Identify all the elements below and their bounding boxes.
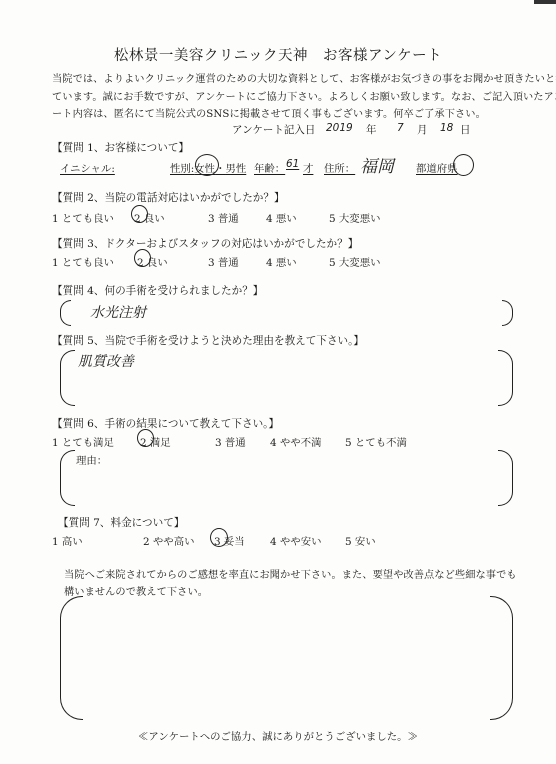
- date-label: アンケート記入日: [232, 122, 315, 137]
- prefecture-suffix: 都道府県: [416, 160, 458, 175]
- q7-heading: 【質問 7、料金について】: [58, 515, 184, 530]
- comments-prompt-line-1: 当院へご来院されてからのご感想を率直にお聞かせ下さい。また、要望や改善点など些細…: [64, 566, 517, 581]
- date-day-field[interactable]: 18: [440, 122, 453, 134]
- q7-option-2[interactable]: 2 やや高い: [143, 533, 194, 548]
- q6-reason-field[interactable]: [110, 452, 490, 498]
- q7-option-5[interactable]: 5 安い: [345, 533, 376, 548]
- q6-selected-circle: [137, 429, 154, 447]
- q2-option-3[interactable]: 3 普通: [208, 210, 239, 225]
- q4-bracket-right: [502, 300, 513, 326]
- date-year-field[interactable]: 2019: [326, 122, 353, 134]
- q4-bracket-left: [60, 300, 71, 326]
- q6-option-1[interactable]: 1 とても満足: [52, 434, 114, 449]
- thanks-message: ≪アンケートへのご協力、誠にありがとうございました。≫: [0, 728, 556, 743]
- gender-option-male[interactable]: 男性: [225, 163, 246, 175]
- address-field[interactable]: 福岡: [360, 152, 394, 177]
- q6-option-3[interactable]: 3 普通: [215, 434, 246, 449]
- q3-option-3[interactable]: 3 普通: [208, 254, 239, 269]
- q4-answer-field[interactable]: 水光注射: [90, 302, 146, 322]
- age-unit: 才: [303, 160, 313, 175]
- q3-option-1[interactable]: 1 とても良い: [52, 254, 114, 269]
- intro-line-1: 当院では、よりよいクリニック運営のための大切な資料として、お客様がお気づきの事を…: [52, 70, 556, 85]
- q7-option-4[interactable]: 4 やや安い: [270, 533, 321, 548]
- q3-heading: 【質問 3、ドクターおよびスタッフの対応はいかがでしたか？】: [52, 236, 358, 251]
- q5-heading: 【質問 5、当院で手術を受けようと決めた理由を教えて下さい。】: [52, 333, 364, 348]
- q2-heading: 【質問 2、当院の電話対応はいかがでしたか？】: [52, 190, 285, 205]
- date-month-unit: 月: [417, 122, 428, 137]
- comments-bracket-left: [60, 596, 83, 720]
- intro-line-2: ています。誠にお手数ですが、アンケートにご協力下さい。よろしくお願い致します。な…: [52, 88, 556, 103]
- q3-option-4[interactable]: 4 悪い: [266, 254, 297, 269]
- date-year-unit: 年: [366, 122, 377, 137]
- q6-heading: 【質問 6、手術の結果について教えて下さい。】: [52, 416, 279, 431]
- q7-selected-circle: [210, 528, 228, 547]
- q5-answer-field[interactable]: 肌質改善: [78, 351, 134, 371]
- q2-option-1[interactable]: 1 とても良い: [52, 210, 114, 225]
- q5-bracket-left: [60, 350, 75, 406]
- q1-heading: 【質問 1、お客様について】: [52, 140, 189, 155]
- age-label: 年齢：: [254, 160, 285, 175]
- q2-option-4[interactable]: 4 悪い: [266, 210, 297, 225]
- q2-option-5[interactable]: 5 大変悪い: [329, 210, 380, 225]
- q6-reason-bracket-right: [498, 450, 513, 506]
- initial-label: イニシャル:: [60, 160, 160, 175]
- q2-selected-circle: [131, 205, 148, 223]
- q6-option-5[interactable]: 5 とても不満: [345, 434, 407, 449]
- date-month-field[interactable]: 7: [397, 122, 404, 134]
- prefecture-selected-circle: [453, 154, 474, 176]
- date-day-unit: 日: [460, 122, 471, 137]
- comments-bracket-right: [490, 596, 513, 720]
- age-field[interactable]: 61: [286, 158, 299, 170]
- survey-title: 松林景一美容クリニック天神 お客様アンケート: [0, 44, 556, 65]
- q5-bracket-right: [498, 350, 513, 406]
- address-label: 住所：: [324, 160, 355, 175]
- comments-prompt-line-2: 構いませんので教えて下さい。: [64, 583, 208, 598]
- intro-line-3: ート内容は、匿名にて当院公式のSNSに掲載させて頂く事もございます。何卒ご了承下…: [52, 105, 486, 120]
- q6-option-4[interactable]: 4 やや不満: [270, 434, 321, 449]
- q4-heading: 【質問 4、何の手術を受けられましたか？】: [52, 283, 263, 298]
- comments-field[interactable]: [90, 604, 480, 710]
- q6-reason-label: 理由：: [76, 452, 107, 467]
- q3-selected-circle: [134, 249, 151, 267]
- q7-option-1[interactable]: 1 高い: [52, 533, 83, 548]
- q3-option-5[interactable]: 5 大変悪い: [329, 254, 380, 269]
- scan-corner-mark: [534, 0, 556, 4]
- gender-label: 性別:: [170, 163, 194, 175]
- q6-reason-bracket-left: [60, 450, 75, 506]
- gender-selected-circle: [195, 154, 219, 176]
